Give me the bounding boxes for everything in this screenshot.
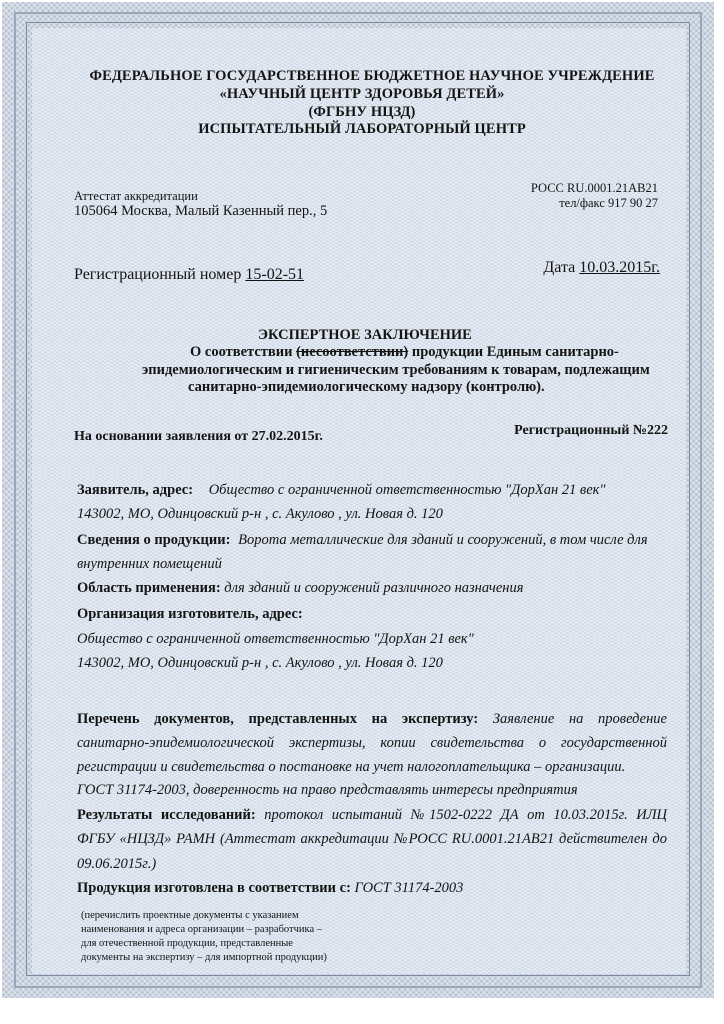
document-title: ЭКСПЕРТНОЕ ЗАКЛЮЧЕНИЕ <box>0 327 724 344</box>
registration-date-value: 10.03.2015г. <box>579 259 660 276</box>
compliance-value: ГОСТ 31174-2003 <box>355 880 464 896</box>
scope-value: для зданий и сооружений различного назна… <box>224 580 523 596</box>
registration-date-label: Дата <box>543 259 575 276</box>
scope-label: Область применения: <box>77 580 221 596</box>
footnote-line-1: (перечислить проектные документы с указа… <box>81 909 299 924</box>
documents-label: Перечень документов, представленных на э… <box>77 711 478 727</box>
compliance-label: Продукция изготовлена в соответствии с: <box>77 880 351 896</box>
title-line-2: эпидемиологическим и гигиеническим требо… <box>142 362 650 379</box>
certificate-sheet <box>2 2 714 998</box>
manufacturer-address: 143002, МО, Одинцовский р-н , с. Акулово… <box>77 655 443 672</box>
manufacturer-label: Организация изготовитель, адрес: <box>77 606 303 623</box>
title-line-1: О соответствии (несоответствии) продукци… <box>190 344 619 361</box>
registration-date: Дата 10.03.2015г. <box>543 259 660 277</box>
documents-value-line-2: санитарно-эпидемиологической экспертизы,… <box>77 735 667 752</box>
product-label: Сведения о продукции: <box>77 532 230 548</box>
title-line-1-suffix: продукции Единым санитарно- <box>412 344 619 360</box>
results-value-line-2: ФГБУ «НЦЗД» РАМН (Аттестат аккредитации … <box>77 831 667 848</box>
applicant-address: 143002, МО, Одинцовский р-н , с. Акулово… <box>77 506 443 523</box>
applicant-name: Общество с ограниченной ответственностью… <box>209 482 606 498</box>
documents-value-line-4: ГОСТ 31174-2003, доверенность на право п… <box>77 782 578 799</box>
product-value-line-1: Ворота металлические для зданий и сооруж… <box>238 532 647 548</box>
documents-row: Перечень документов, представленных на э… <box>77 711 667 728</box>
product-row: Сведения о продукции: Ворота металлическ… <box>77 532 648 549</box>
accreditation-label: Аттестат аккредитации <box>74 189 198 204</box>
registration-number-label: Регистрационный номер <box>74 266 241 283</box>
documents-value-line-1: Заявление на проведение <box>493 711 667 727</box>
applicant-label: Заявитель, адрес: <box>77 482 193 498</box>
application-reg-number: Регистрационный №222 <box>514 423 668 439</box>
footnote-line-4: документы на экспертизу – для импортной … <box>81 951 327 966</box>
footnote-line-3: для отечественной продукции, представлен… <box>81 937 293 952</box>
application-basis: На основании заявления от 27.02.2015г. <box>74 429 323 445</box>
title-conformity: О соответствии <box>190 344 292 360</box>
results-value-line-1: протокол испытаний №1502-0222 ДА от 10.0… <box>264 807 667 823</box>
footnote-line-2: наименования и адреса организации – разр… <box>81 923 322 938</box>
applicant-row: Заявитель, адрес: Общество с ограниченно… <box>77 482 606 499</box>
title-line-3: санитарно-эпидемиологическому надзору (к… <box>188 379 545 396</box>
product-value-line-2: внутренних помещений <box>77 556 222 573</box>
registration-number-value: 15-02-51 <box>245 266 304 283</box>
results-value-line-3: 09.06.2015г.) <box>77 856 156 873</box>
accreditation-number: РОСС RU.0001.21АВ21 <box>531 181 658 196</box>
lab-address: 105064 Москва, Малый Казенный пер., 5 <box>74 203 327 220</box>
documents-value-line-3: регистрации и свидетельства о постановке… <box>77 759 625 776</box>
results-label: Результаты исследований: <box>77 807 256 823</box>
title-nonconformity-struck: (несоответствии) <box>296 344 408 360</box>
org-abbreviation: (ФГБНУ НЦЗД) <box>0 104 724 121</box>
lab-phone: тел/факс 917 90 27 <box>559 196 658 211</box>
manufacturer-name: Общество с ограниченной ответственностью… <box>77 631 474 648</box>
scope-row: Область применения: для зданий и сооруже… <box>77 580 523 597</box>
results-row: Результаты исследований: протокол испыта… <box>77 807 667 824</box>
lab-center-name: ИСПЫТАТЕЛЬНЫЙ ЛАБОРАТОРНЫЙ ЦЕНТР <box>0 121 724 138</box>
registration-number: Регистрационный номер 15-02-51 <box>74 266 304 284</box>
org-name-quoted: «НАУЧНЫЙ ЦЕНТР ЗДОРОВЬЯ ДЕТЕЙ» <box>0 86 724 103</box>
compliance-row: Продукция изготовлена в соответствии с: … <box>77 880 463 897</box>
org-name-line: ФЕДЕРАЛЬНОЕ ГОСУДАРСТВЕННОЕ БЮДЖЕТНОЕ НА… <box>10 68 724 85</box>
